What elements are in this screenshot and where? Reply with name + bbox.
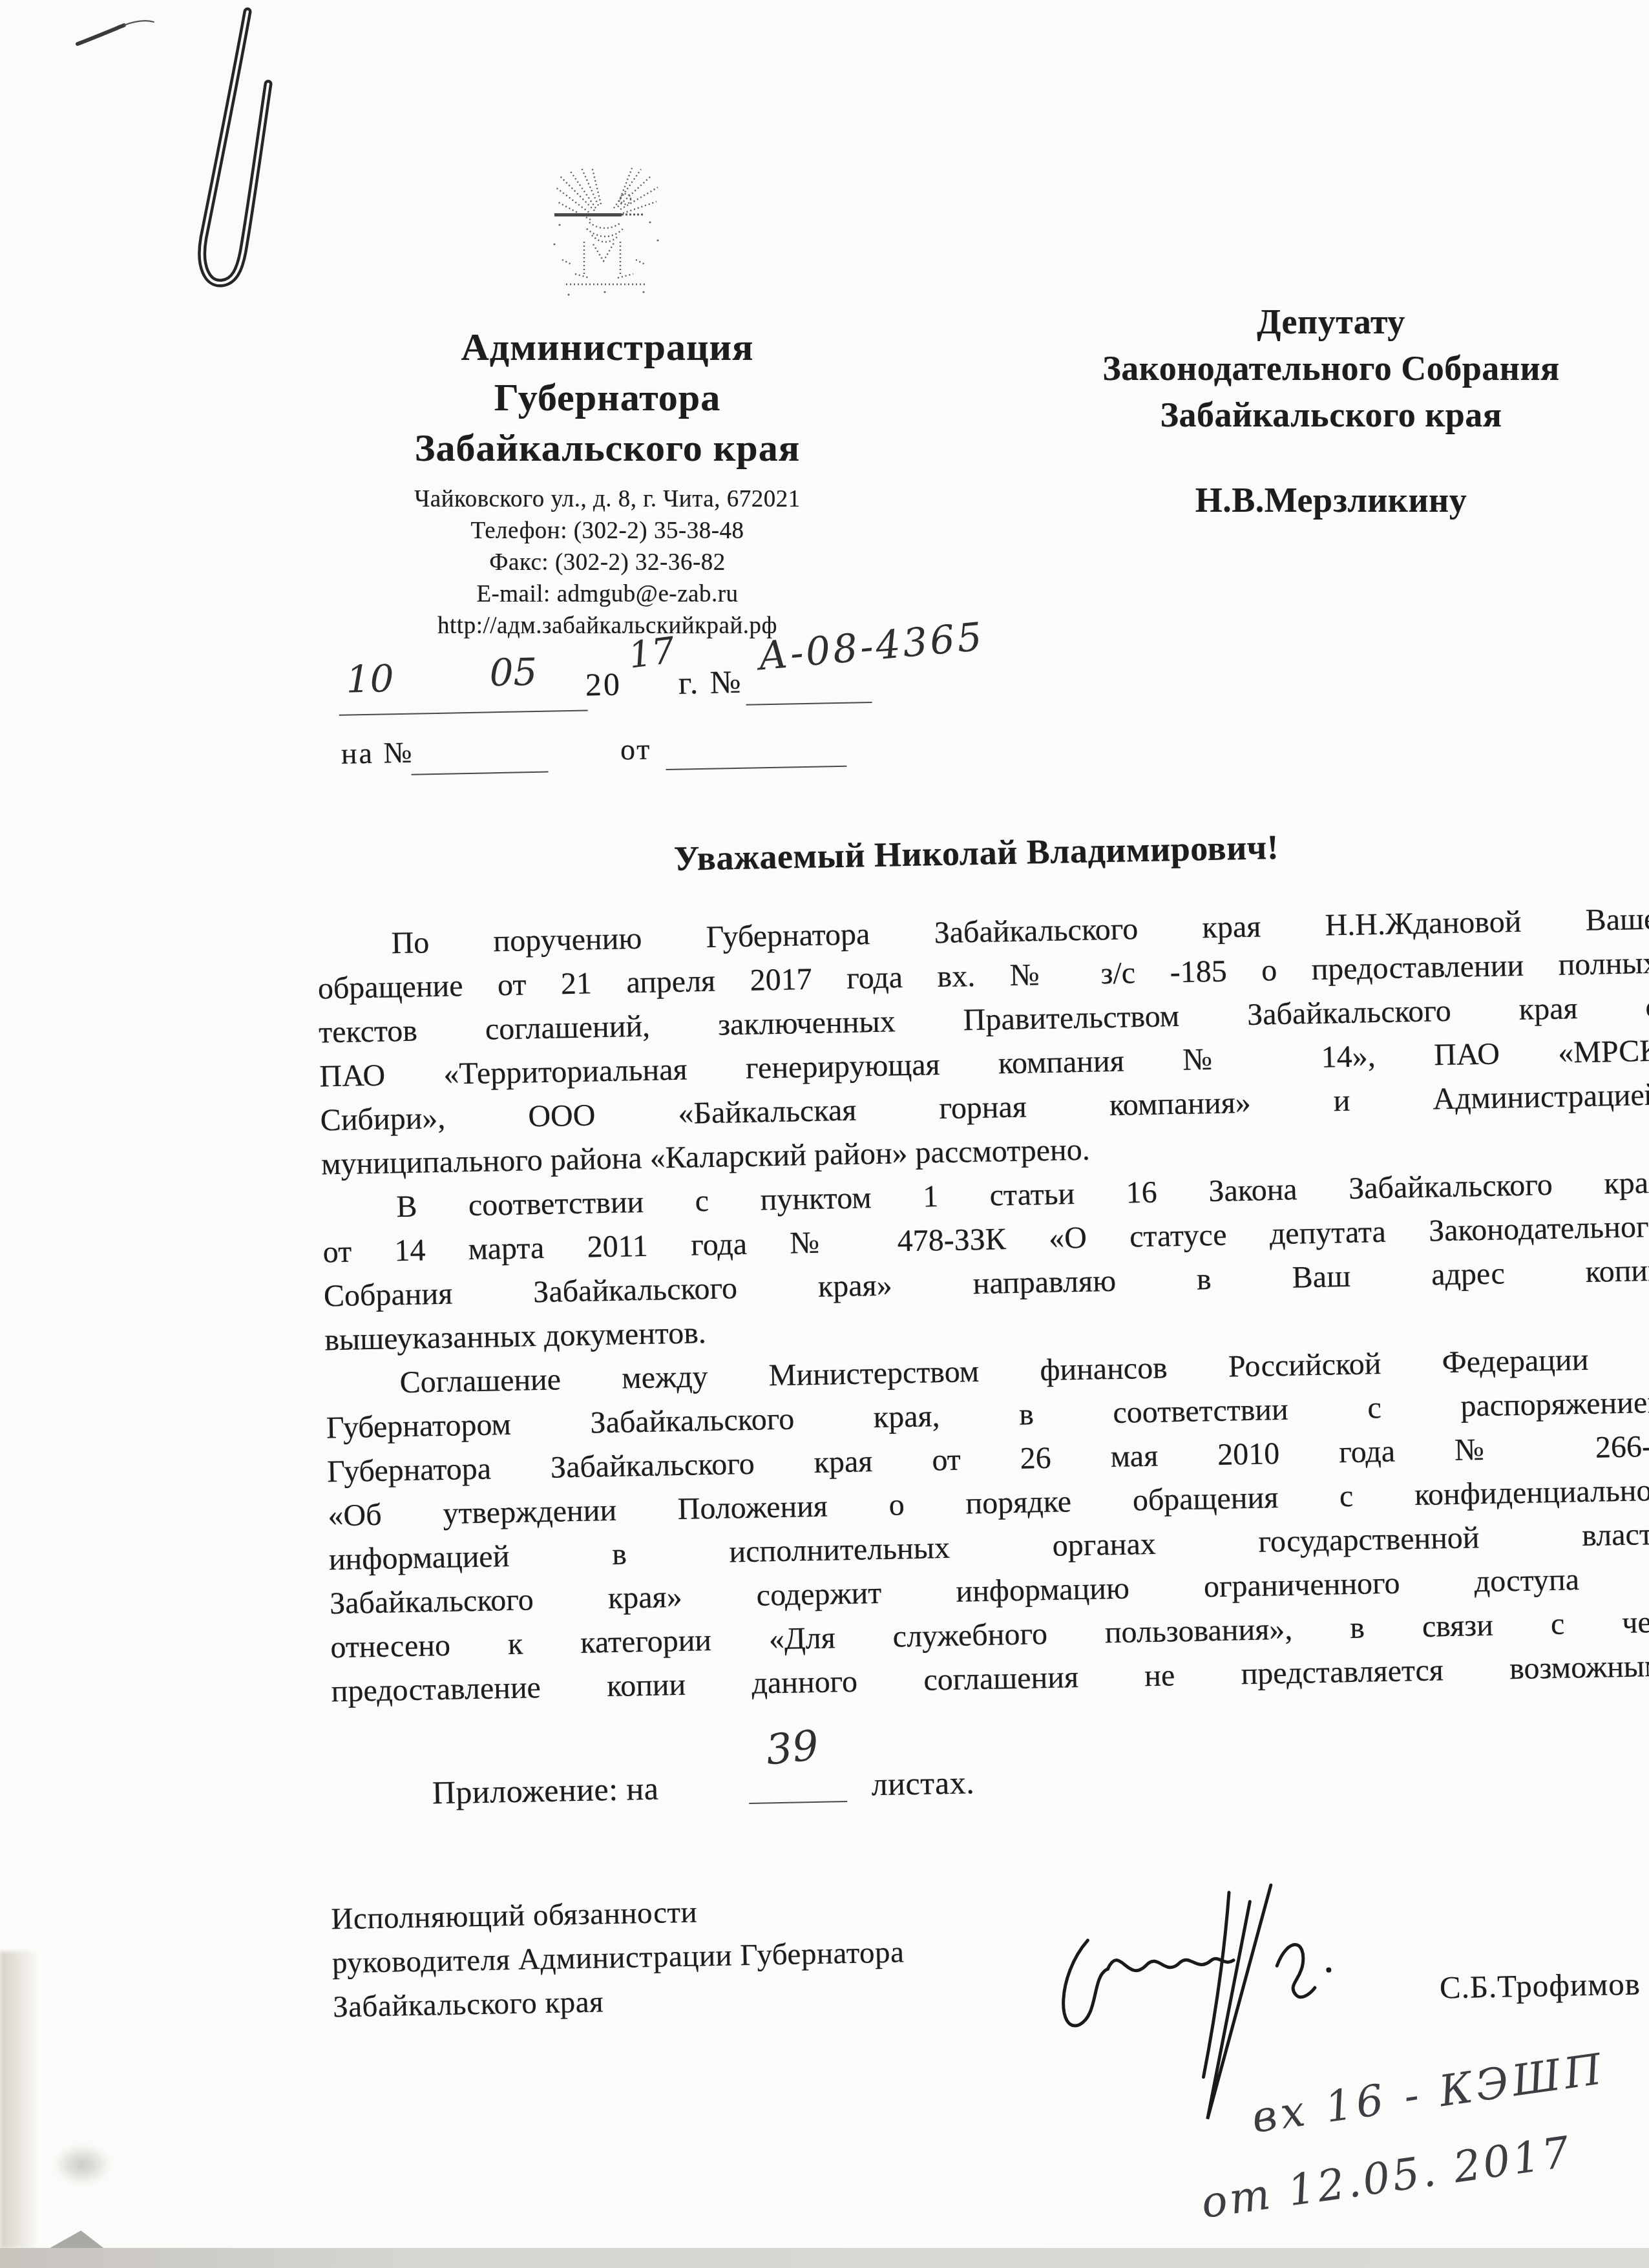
ref-number-handwritten: А-08-4365 (756, 614, 986, 680)
signer-position: Исполняющий обязанности руководителя Адм… (331, 1884, 1044, 2029)
blank-underline (746, 702, 872, 706)
reply-from-label: от (620, 732, 652, 767)
ref-year-handwritten: 17 (626, 629, 677, 677)
blank-underline (339, 713, 436, 716)
ref-year-printed: 20 (585, 665, 622, 703)
signer-name: С.Б.Трофимов (1439, 1965, 1641, 2006)
letter-body: По поручению Губернатора Забайкальского … (317, 898, 1649, 1714)
salutation: Уважаемый Николай Владимирович! (608, 826, 1345, 880)
attachment-sheets-handwritten: 39 (764, 1722, 821, 1775)
attachment-label: Приложение: на (432, 1770, 659, 1812)
scanned-letter-page: { "letterhead": { "org_lines": ["Админис… (0, 0, 1649, 2268)
blank-underline (666, 766, 846, 770)
blank-underline (436, 709, 588, 714)
attachment-suffix: листах. (871, 1763, 975, 1803)
blank-underline (749, 1801, 847, 1804)
letter-content: 10 05 20 17 г. № А-08-4365 на № от Уважа… (0, 0, 1649, 2268)
ref-month-handwritten: 05 (489, 650, 538, 695)
blank-underline (412, 772, 549, 775)
reply-no-label: на № (341, 735, 414, 771)
ref-year-label: г. № (678, 663, 743, 702)
ref-day-handwritten: 10 (346, 656, 394, 701)
